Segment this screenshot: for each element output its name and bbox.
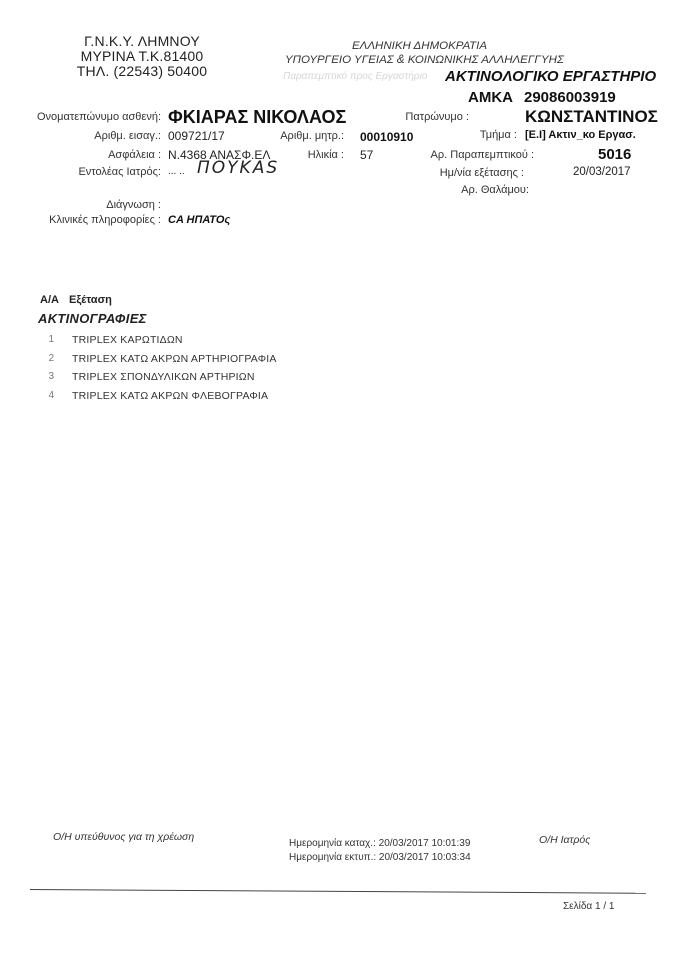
page-number: Σελίδα 1 / 1: [563, 901, 614, 912]
department: [Ε.Ι] Ακτιν_κο Εργασ.: [525, 129, 636, 141]
billing-responsible: Ο/Η υπεύθυνος για τη χρέωση: [53, 831, 194, 843]
admission-number: 009721/17: [168, 129, 225, 143]
registry-label: Αριθμ. μητρ.:: [280, 130, 344, 142]
republic-line: ΕΛΛΗΝΙΚΗ ΔΗΜΟΚΡΑΤΙΑ: [352, 40, 487, 52]
doctor-prefix: ... ..: [168, 166, 185, 177]
hospital-address: ΜΥΡΙΝΑ Τ.Κ.81400: [62, 49, 222, 64]
clinical-info-label: Κλινικές πληροφορίες :: [49, 214, 161, 226]
exam-item-number: 4: [44, 390, 54, 401]
exam-col-name: Εξέταση: [69, 294, 112, 306]
referral-label: Παραπεμπτικό προς Εργαστήριο: [283, 71, 427, 82]
hospital-name: Γ.Ν.Κ.Υ. ΛΗΜΝΟΥ: [62, 34, 222, 49]
exam-item-name: TRIPLEX ΣΠΟΝΔΥΛΙΚΩΝ ΑΡΤΗΡΙΩΝ: [72, 371, 255, 383]
referral-number-label: Αρ. Παραπεμπτικού :: [431, 149, 534, 161]
diagnosis-label: Διάγνωση :: [106, 199, 161, 211]
exam-date: 20/03/2017: [573, 166, 631, 178]
ministry-line: ΥΠΟΥΡΓΕΙΟ ΥΓΕΙΑΣ & ΚΟΙΝΩΝΙΚΗΣ ΑΛΛΗΛΕΓΓΥΗ…: [285, 54, 564, 66]
clinical-info: CA ΗΠΑΤΟς: [168, 214, 230, 226]
exam-item-name: TRIPLEX ΚΑΡΩΤΙΔΩΝ: [72, 334, 183, 346]
exam-item-number: 3: [44, 371, 54, 382]
doctor-handwritten-name: ΠΟΥΚΑS: [197, 158, 279, 178]
registry-number: 00010910: [360, 130, 413, 144]
footer-divider: [30, 889, 646, 894]
insurance-label: Ασφάλεια :: [108, 149, 161, 161]
age-label: Ηλικία :: [308, 149, 344, 161]
exam-item-number: 1: [44, 334, 54, 345]
exam-date-label: Ημ/νία εξέτασης :: [440, 167, 524, 179]
department-label: Τμήμα :: [480, 129, 517, 141]
doctor-label: Εντολέας Ιατρός:: [78, 166, 161, 178]
patient-name-label: Ονοματεπώνυμο ασθενή:: [37, 111, 161, 123]
referral-number: 5016: [598, 146, 631, 163]
registration-date: Ημερομηνία καταχ.: 20/03/2017 10:01:39: [289, 838, 470, 849]
exam-item-name: TRIPLEX ΚΑΤΩ ΑΚΡΩΝ ΦΛΕΒΟΓΡΑΦΙΑ: [72, 390, 268, 402]
lab-title: ΑΚΤΙΝΟΛΟΓΙΚΟ ΕΡΓΑΣΤΗΡΙΟ: [445, 68, 691, 85]
exam-col-number: Α/Α: [40, 294, 59, 306]
age: 57: [360, 148, 373, 162]
amka-label: ΑΜΚΑ: [468, 89, 513, 106]
amka-value: 29086003919: [524, 89, 616, 106]
print-date: Ημερομηνία εκτυπ.: 20/03/2017 10:03:34: [289, 852, 471, 863]
exam-item-number: 2: [44, 353, 54, 364]
father-name-label: Πατρώνυμο :: [405, 111, 469, 123]
exam-item-name: TRIPLEX ΚΑΤΩ ΑΚΡΩΝ ΑΡΤΗΡΙΟΓΡΑΦΙΑ: [72, 353, 277, 365]
exam-category: ΑΚΤΙΝΟΓΡΑΦΙΕΣ: [38, 311, 147, 326]
father-name: ΚΩΝΣΤΑΝΤΙΝΟΣ: [525, 107, 658, 127]
room-label: Αρ. Θαλάμου:: [461, 184, 529, 196]
patient-name: ΦΚΙΑΡΑΣ ΝΙΚΟΛΑΟΣ: [168, 107, 346, 128]
hospital-phone: ΤΗΛ. (22543) 50400: [62, 64, 222, 79]
doctor-signature-label: Ο/Η Ιατρός: [539, 834, 590, 846]
hospital-header: Γ.Ν.Κ.Υ. ΛΗΜΝΟΥ ΜΥΡΙΝΑ Τ.Κ.81400 ΤΗΛ. (2…: [62, 34, 222, 79]
admission-label: Αριθμ. εισαγ.:: [94, 130, 161, 142]
